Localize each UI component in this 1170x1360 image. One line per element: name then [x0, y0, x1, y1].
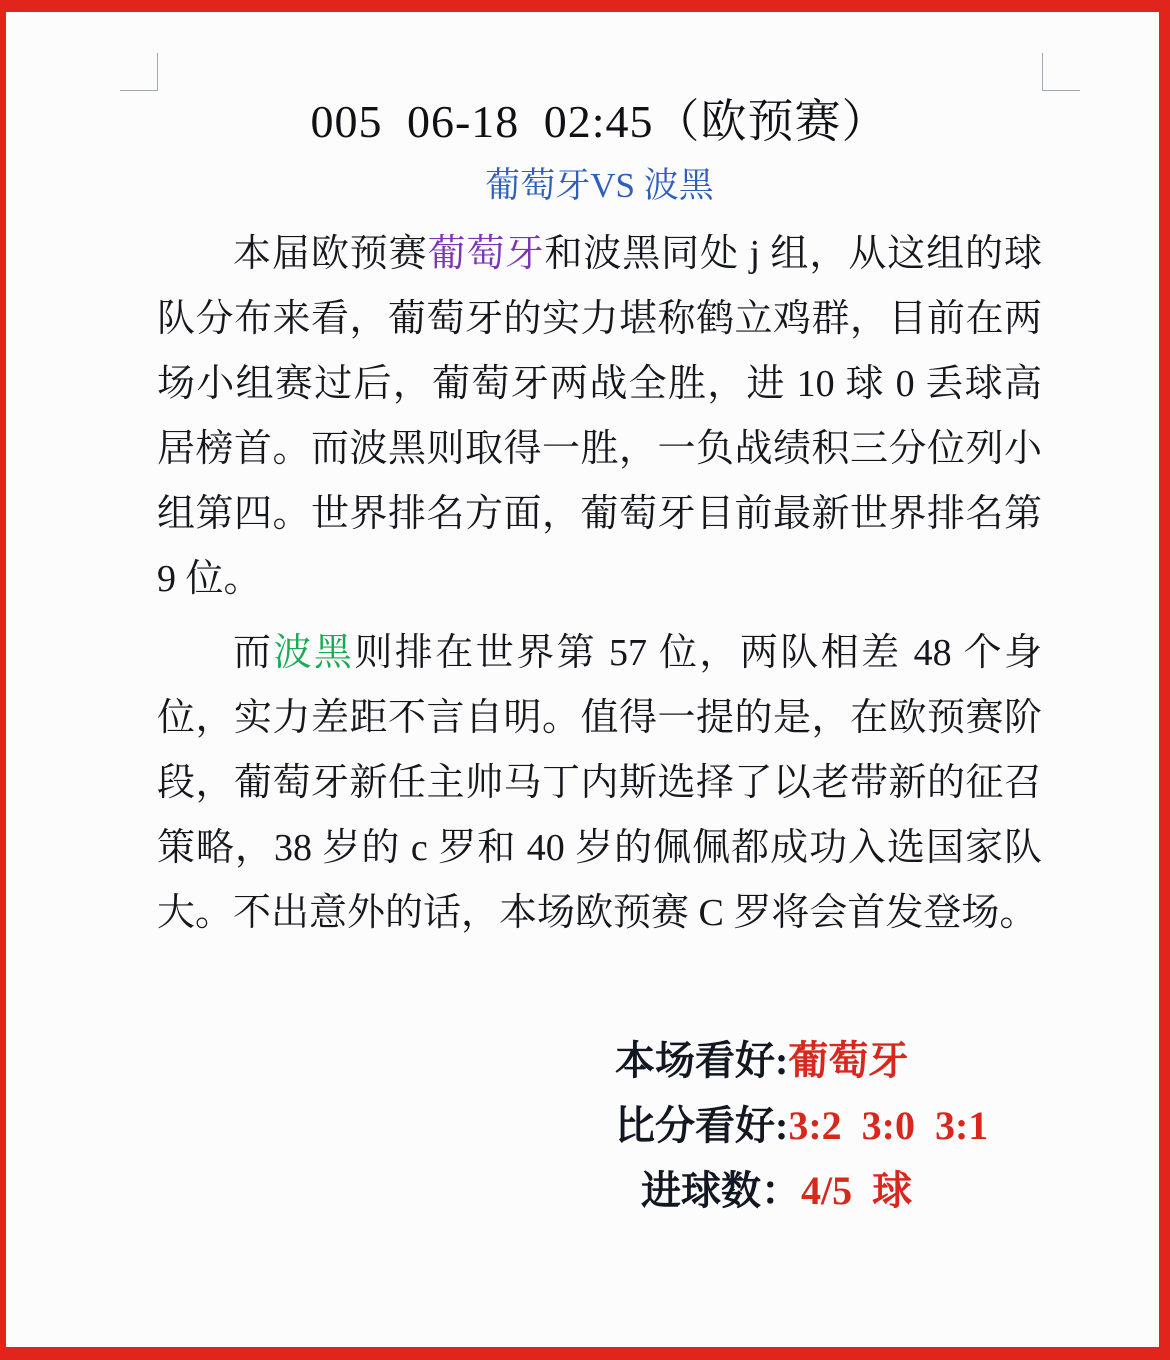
text-run: 和波黑同处 j 组，从这组的球队分布来看，葡萄牙的实力堪称鹤立鸡群，目前在两场小… — [157, 233, 1042, 600]
document-page: 005 06-18 02:45（欧预赛） 葡萄牙VS 波黑 本届欧预赛葡萄牙和波… — [0, 0, 1170, 1360]
match-title: 005 06-18 02:45（欧预赛） — [157, 94, 1042, 150]
page-border-left — [0, 0, 6, 1360]
page-border-bottom — [0, 1347, 1170, 1360]
prediction-score-line: 比分看好:3:2 3:0 3:1 — [615, 1093, 988, 1158]
prediction-block: 本场看好:葡萄牙 比分看好:3:2 3:0 3:1 进球数：4/5 球 — [615, 1028, 988, 1223]
match-teams-subtitle: 葡萄牙VS 波黑 — [157, 164, 1042, 208]
margin-crop-mark-top-right — [1042, 53, 1080, 91]
prediction-winner-line: 本场看好:葡萄牙 — [615, 1028, 988, 1093]
article-paragraph-2: 而波黑则排在世界第 57 位，两队相差 48 个身位，实力差距不言自明。值得一提… — [157, 621, 1042, 946]
text-run: 而 — [233, 632, 273, 674]
prediction-goals-value: 4/5 球 — [801, 1168, 912, 1213]
prediction-goals-line: 进球数：4/5 球 — [615, 1158, 988, 1223]
prediction-goals-label: 进球数： — [641, 1168, 801, 1213]
article-paragraph-1: 本届欧预赛葡萄牙和波黑同处 j 组，从这组的球队分布来看，葡萄牙的实力堪称鹤立鸡… — [157, 222, 1042, 612]
margin-crop-mark-top-left — [120, 53, 158, 91]
page-border-right — [1159, 0, 1170, 1360]
prediction-score-value: 3:2 3:0 3:1 — [788, 1103, 988, 1148]
article-body: 本届欧预赛葡萄牙和波黑同处 j 组，从这组的球队分布来看，葡萄牙的实力堪称鹤立鸡… — [157, 222, 1042, 946]
prediction-score-label: 比分看好: — [615, 1103, 788, 1148]
text-run: 则排在世界第 57 位，两队相差 48 个身位，实力差距不言自明。值得一提的是，… — [157, 632, 1042, 934]
prediction-winner-value: 葡萄牙 — [788, 1038, 908, 1083]
prediction-winner-label: 本场看好: — [615, 1038, 788, 1083]
text-run-green: 波黑 — [273, 632, 354, 674]
page-border-top — [0, 0, 1170, 12]
text-run-purple: 葡萄牙 — [428, 233, 545, 275]
text-run: 本届欧预赛 — [233, 233, 428, 275]
